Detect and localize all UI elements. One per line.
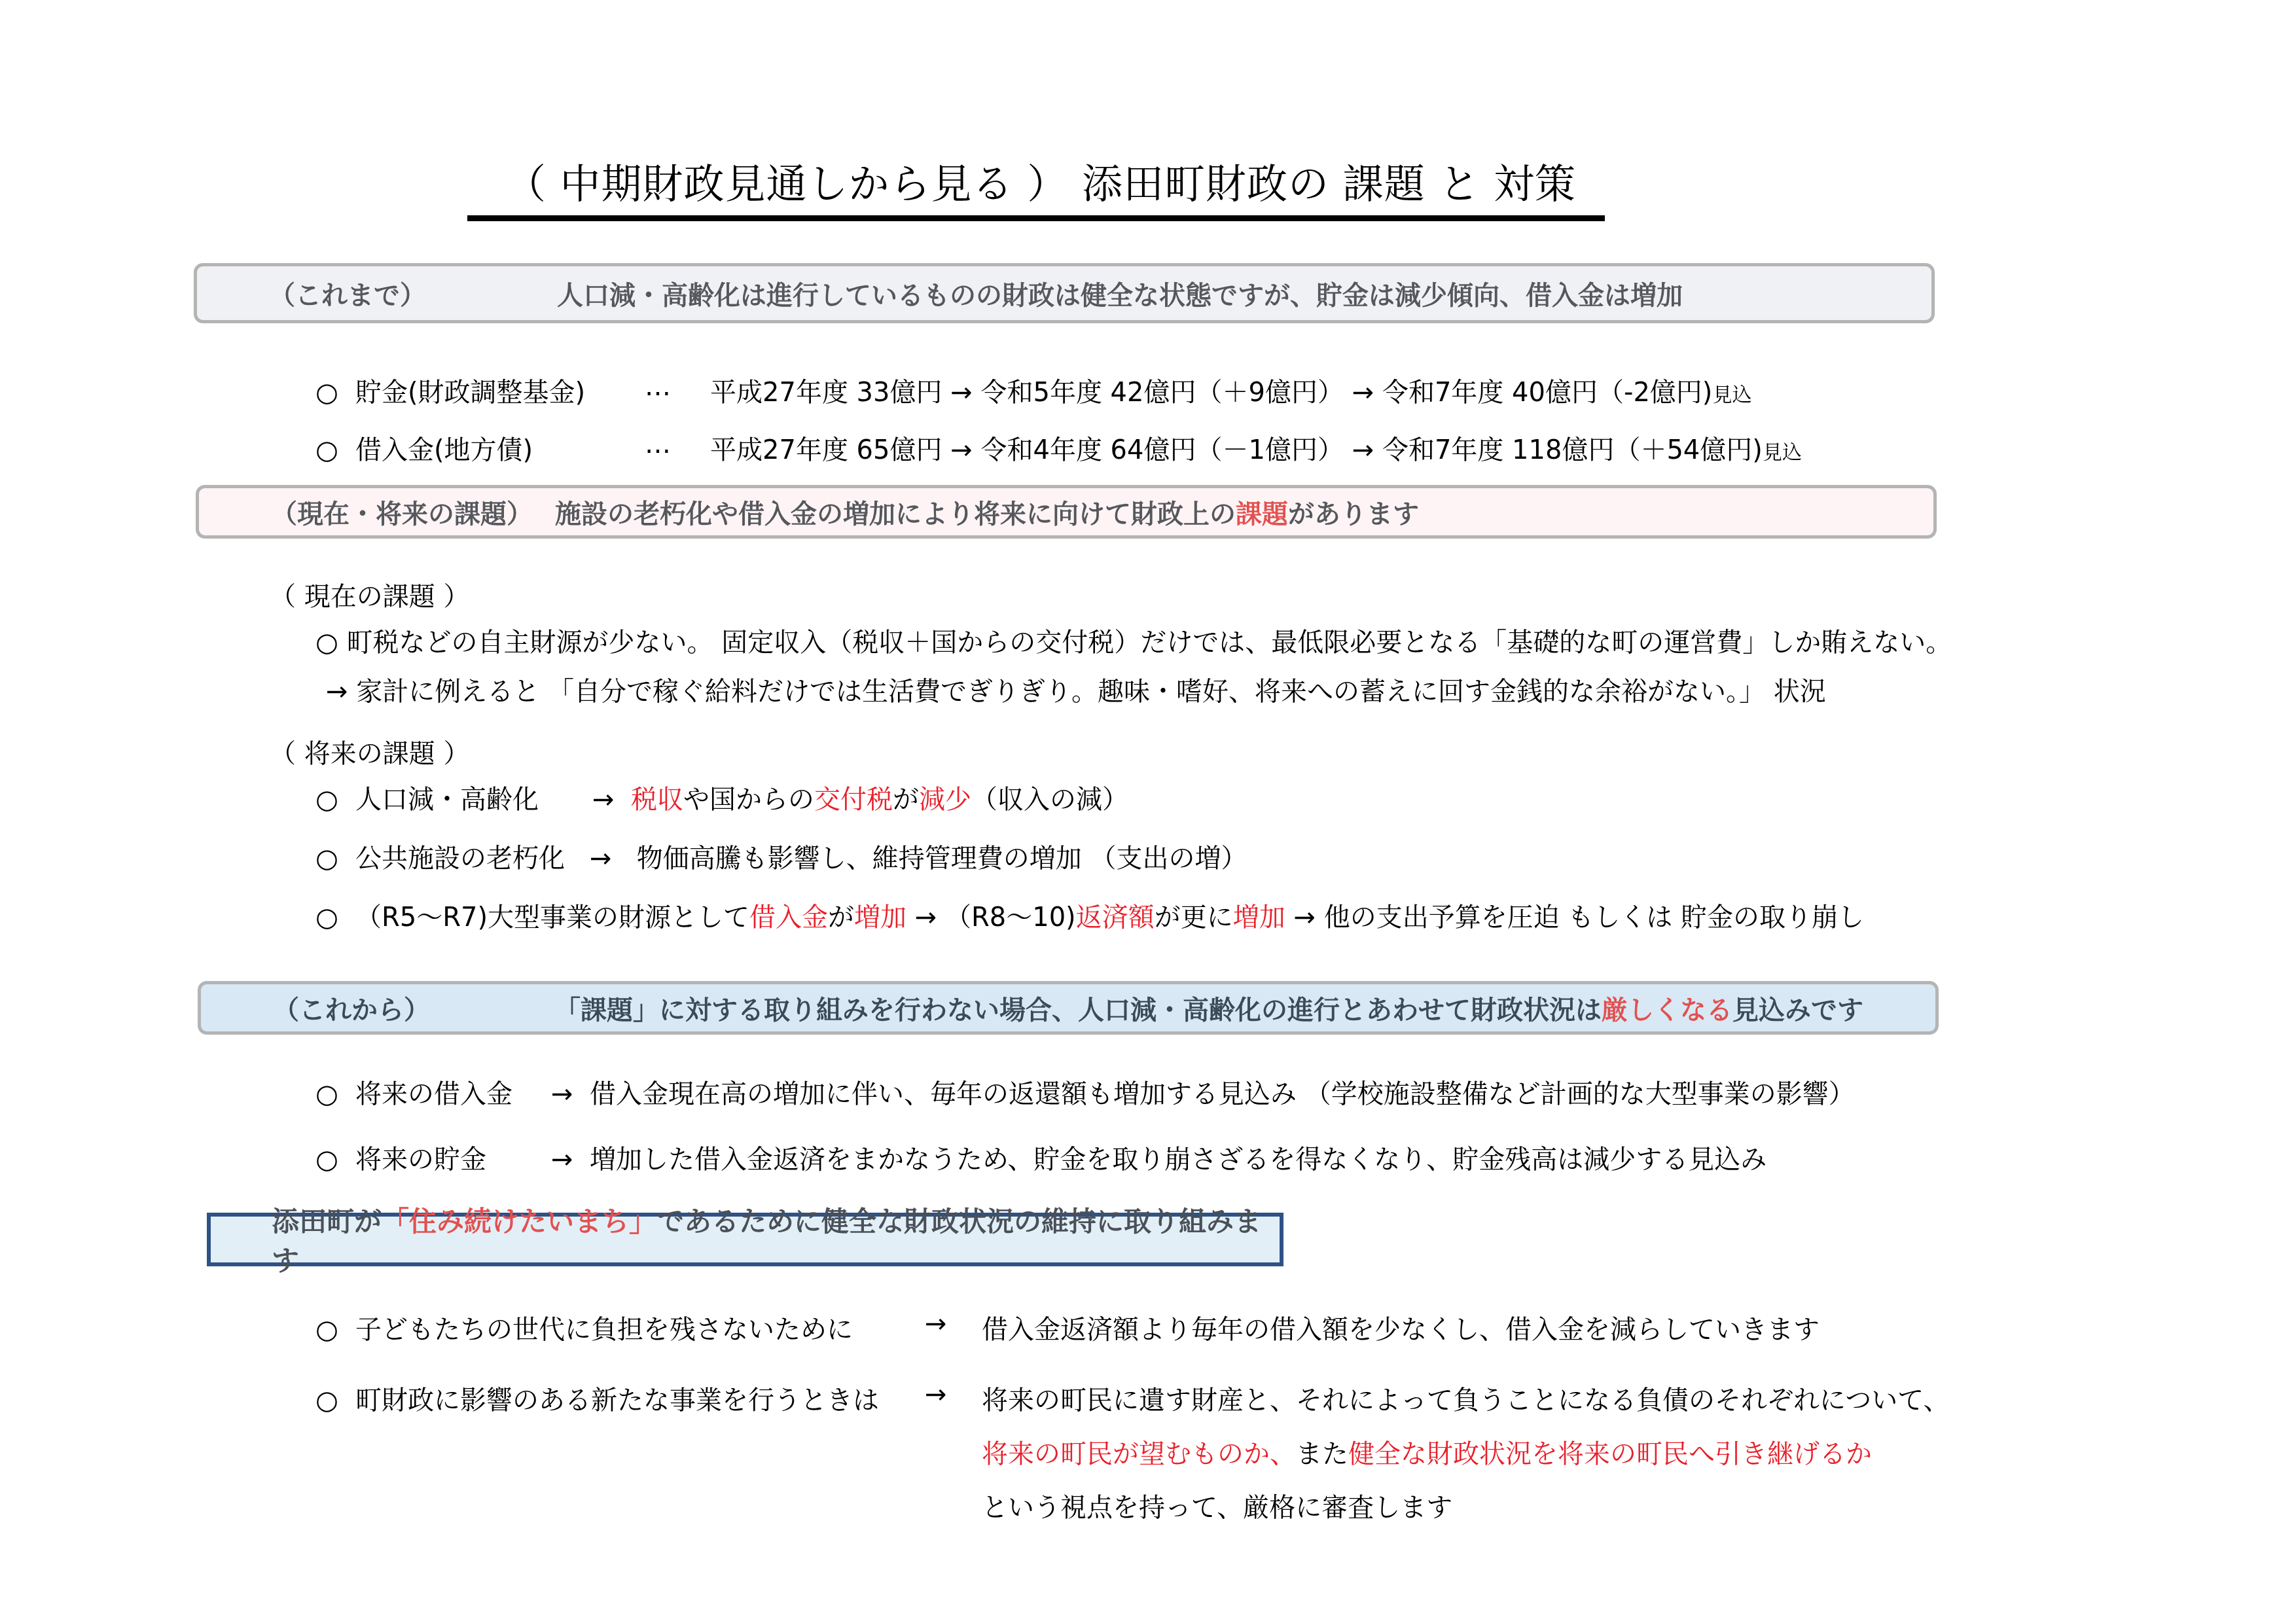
text: また	[1296, 1439, 1348, 1469]
bullet-circle-icon: ○	[315, 1315, 338, 1345]
bullet-circle-icon: ○	[315, 435, 338, 465]
future-issue-facilities-effect: 物価高騰も影響し、維持管理費の増加 （支出の増）	[637, 844, 1247, 874]
future-issue-population: ○人口減・高齢化	[315, 779, 539, 816]
banner-issues-text-end: があります	[1288, 499, 1419, 529]
commitment-children-action: 借入金返済額より毎年の借入額を少なくし、借入金を減らしていきます	[982, 1309, 1820, 1346]
debt-dots: …	[645, 429, 671, 459]
outlook-savings: ○将来の貯金	[315, 1139, 486, 1176]
title-underline	[467, 215, 1605, 221]
future-issue-population-item: 人口減・高齢化	[355, 785, 539, 815]
text: （R5～R7)大型事業の財源として	[355, 902, 749, 933]
text: （収入の減）	[971, 785, 1128, 815]
future-issue-population-effect: → 税収や国からの交付税が減少（収入の減）	[592, 779, 1128, 816]
outlook-savings-item: 将来の貯金	[355, 1145, 486, 1175]
debt-trend: 平成27年度 65億円 → 令和4年度 64億円（－1億円） → 令和7年度 1…	[710, 429, 1802, 467]
current-issue-1: ○ 町税などの自主財源が少ない。 固定収入（税収＋国からの交付税）だけでは、最低…	[315, 622, 1952, 659]
banner-issues-highlight: 課題	[1236, 499, 1288, 529]
future-issues-heading: （ 将来の課題 ）	[270, 733, 469, 770]
banner-past: （これまで） 人口減・高齢化は進行しているものの財政は健全な状態ですが、貯金は減…	[194, 263, 1935, 323]
debt-trend-text: 平成27年度 65億円 → 令和4年度 64億円（－1億円） → 令和7年度 1…	[710, 435, 1763, 465]
highlight-increase: 増加	[854, 902, 906, 933]
highlight-tax-revenue: 税収	[631, 785, 683, 815]
arrow-right-icon: →	[592, 785, 615, 815]
bullet-circle-icon: ○	[315, 1145, 338, 1175]
page-title: （ 中期財政見通しから見る ） 添田町財政の 課題 と 対策	[0, 152, 2081, 210]
bullet-circle-icon: ○	[315, 902, 338, 933]
arrow-right-icon: →	[590, 844, 612, 874]
arrow-right-icon: →	[925, 1380, 947, 1410]
text: 見込みです	[1732, 995, 1863, 1026]
debt-item: 借入金(地方債)	[355, 435, 533, 465]
highlight-decrease: 減少	[919, 785, 971, 815]
arrow-right-icon: →	[551, 1145, 573, 1175]
commitment-new-projects-line2: 将来の町民が望むものか、また健全な財政状況を将来の町民へ引き継げるか	[982, 1433, 1872, 1471]
outlook-savings-effect: → 増加した借入金返済をまかなうため、貯金を取り崩さざるを得なくなり、貯金残高は…	[551, 1139, 1767, 1176]
commitment-children: ○子どもたちの世代に負担を残さないために	[315, 1309, 853, 1346]
commitment-new-projects-line3: という視点を持って、厳格に審査します	[982, 1487, 1452, 1524]
savings-estimate-suffix: 見込	[1712, 383, 1751, 406]
highlight-residents-wish: 将来の町民が望むものか、	[982, 1439, 1296, 1469]
debt-estimate-suffix: 見込	[1763, 441, 1802, 464]
arrow-right-icon: →	[925, 1309, 947, 1339]
bullet-circle-icon: ○	[315, 1385, 338, 1416]
highlight-severe: 厳しくなる	[1602, 995, 1732, 1026]
banner-outlook-message: 「課題」に対する取り組みを行わない場合、人口減・高齢化の進行とあわせて財政状況は…	[554, 990, 1863, 1027]
current-issues-heading: （ 現在の課題 ）	[270, 576, 469, 613]
commitment-new-projects-line1: 将来の町民に遺す財産と、それによって負うことになる負債のそれぞれについて、	[982, 1380, 1949, 1417]
text: 添田町が	[272, 1205, 382, 1238]
banner-commitment: 添田町が「住み続けたいまち」であるために健全な財政状況の維持に取り組みます	[207, 1213, 1283, 1266]
debt-row: ○借入金(地方債)	[315, 429, 533, 467]
text: や国からの	[683, 785, 814, 815]
outlook-debt-item: 将来の借入金	[355, 1079, 512, 1109]
outlook-debt-text: 借入金現在高の増加に伴い、毎年の返還額も増加する見込み （学校施設整備など計画的…	[590, 1079, 1855, 1109]
banner-commitment-message: 添田町が「住み続けたいまち」であるために健全な財政状況の維持に取り組みます	[272, 1200, 1280, 1279]
bullet-circle-icon: ○	[315, 785, 338, 815]
banner-past-label: （これまで）	[269, 275, 426, 312]
highlight-grant: 交付税	[814, 785, 893, 815]
text: → 他の支出予算を圧迫 もしくは 貯金の取り崩し	[1285, 902, 1864, 933]
outlook-debt-effect: → 借入金現在高の増加に伴い、毎年の返還額も増加する見込み （学校施設整備など計…	[551, 1073, 1855, 1111]
savings-item: 貯金(財政調整基金)	[355, 378, 585, 408]
savings-trend: 平成27年度 33億円 → 令和5年度 42億円（＋9億円） → 令和7年度 4…	[710, 372, 1751, 409]
text: が	[828, 902, 854, 933]
future-issue-facilities-item: 公共施設の老朽化	[355, 844, 565, 874]
text: 「課題」に対する取り組みを行わない場合、人口減・高齢化の進行とあわせて財政状況は	[554, 995, 1602, 1026]
banner-issues-label: （現在・将来の課題）	[271, 493, 533, 531]
commitment-new-projects-item: 町財政に影響のある新たな事業を行うときは	[355, 1385, 879, 1416]
commitment-new-projects: ○町財政に影響のある新たな事業を行うときは	[315, 1380, 879, 1417]
highlight-sound-finance: 健全な財政状況を将来の町民へ引き継げるか	[1348, 1439, 1872, 1469]
savings-dots: …	[645, 372, 671, 402]
highlight-livable-town: 「住み続けたいまち」	[382, 1205, 656, 1238]
savings-row: ○貯金(財政調整基金)	[315, 372, 585, 409]
outlook-savings-text: 増加した借入金返済をまかなうため、貯金を取り崩さざるを得なくなり、貯金残高は減少…	[590, 1145, 1767, 1175]
text: → （R8～10)	[906, 902, 1076, 933]
bullet-circle-icon: ○	[315, 378, 338, 408]
highlight-increase: 増加	[1233, 902, 1285, 933]
banner-outlook-label: （これから）	[273, 990, 430, 1027]
bullet-circle-icon: ○	[315, 1079, 338, 1109]
current-issue-analogy: → 家計に例えると 「自分で稼ぐ給料だけでは生活費でぎりぎり。趣味・嗜好、将来へ…	[326, 671, 1826, 708]
banner-issues-message: 施設の老朽化や借入金の増加により将来に向けて財政上の課題があります	[555, 493, 1419, 531]
highlight-borrowing: 借入金	[749, 902, 828, 933]
future-issue-facilities: ○公共施設の老朽化 → 物価高騰も影響し、維持管理費の増加 （支出の増）	[315, 838, 1247, 875]
outlook-debt: ○将来の借入金	[315, 1073, 512, 1111]
arrow-right-icon: →	[551, 1079, 573, 1109]
text: が	[893, 785, 919, 815]
banner-past-message: 人口減・高齢化は進行しているものの財政は健全な状態ですが、貯金は減少傾向、借入金…	[557, 275, 1683, 312]
commitment-children-item: 子どもたちの世代に負担を残さないために	[355, 1315, 853, 1345]
bullet-circle-icon: ○	[315, 844, 338, 874]
text: が更に	[1155, 902, 1233, 933]
savings-trend-text: 平成27年度 33億円 → 令和5年度 42億円（＋9億円） → 令和7年度 4…	[710, 378, 1712, 408]
banner-outlook: （これから） 「課題」に対する取り組みを行わない場合、人口減・高齢化の進行とあわ…	[198, 981, 1939, 1035]
banner-issues: （現在・将来の課題） 施設の老朽化や借入金の増加により将来に向けて財政上の課題が…	[196, 485, 1937, 539]
future-issue-debt: ○（R5～R7)大型事業の財源として借入金が増加 → （R8～10)返済額が更に…	[315, 897, 1864, 934]
highlight-repayment: 返済額	[1076, 902, 1155, 933]
banner-issues-text: 施設の老朽化や借入金の増加により将来に向けて財政上の	[555, 499, 1236, 529]
